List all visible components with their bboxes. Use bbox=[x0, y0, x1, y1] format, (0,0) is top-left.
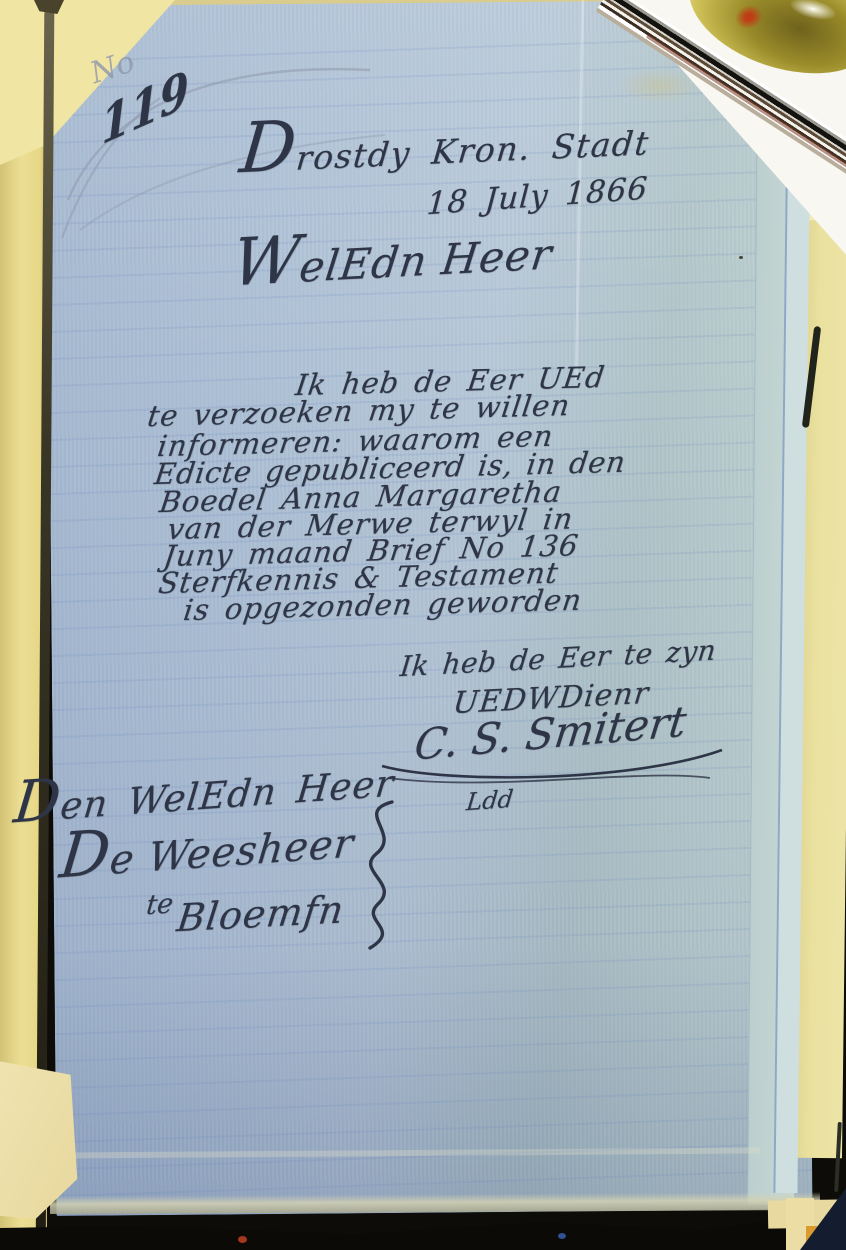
ink-fleck bbox=[739, 256, 743, 259]
addressee-line: te bbox=[145, 888, 175, 921]
addressee-brace bbox=[330, 798, 420, 953]
archival-photo: No 119 Drostdy Kron. Stadt 18 July 1866 … bbox=[0, 0, 846, 1250]
addressee-line: Bloemfn bbox=[175, 887, 347, 940]
page-bottom-ridge bbox=[50, 1192, 820, 1214]
debris-speck bbox=[238, 1236, 247, 1243]
debris-speck bbox=[558, 1233, 566, 1239]
signature-flourish bbox=[378, 738, 730, 796]
signature-title: Ldd bbox=[465, 785, 515, 817]
